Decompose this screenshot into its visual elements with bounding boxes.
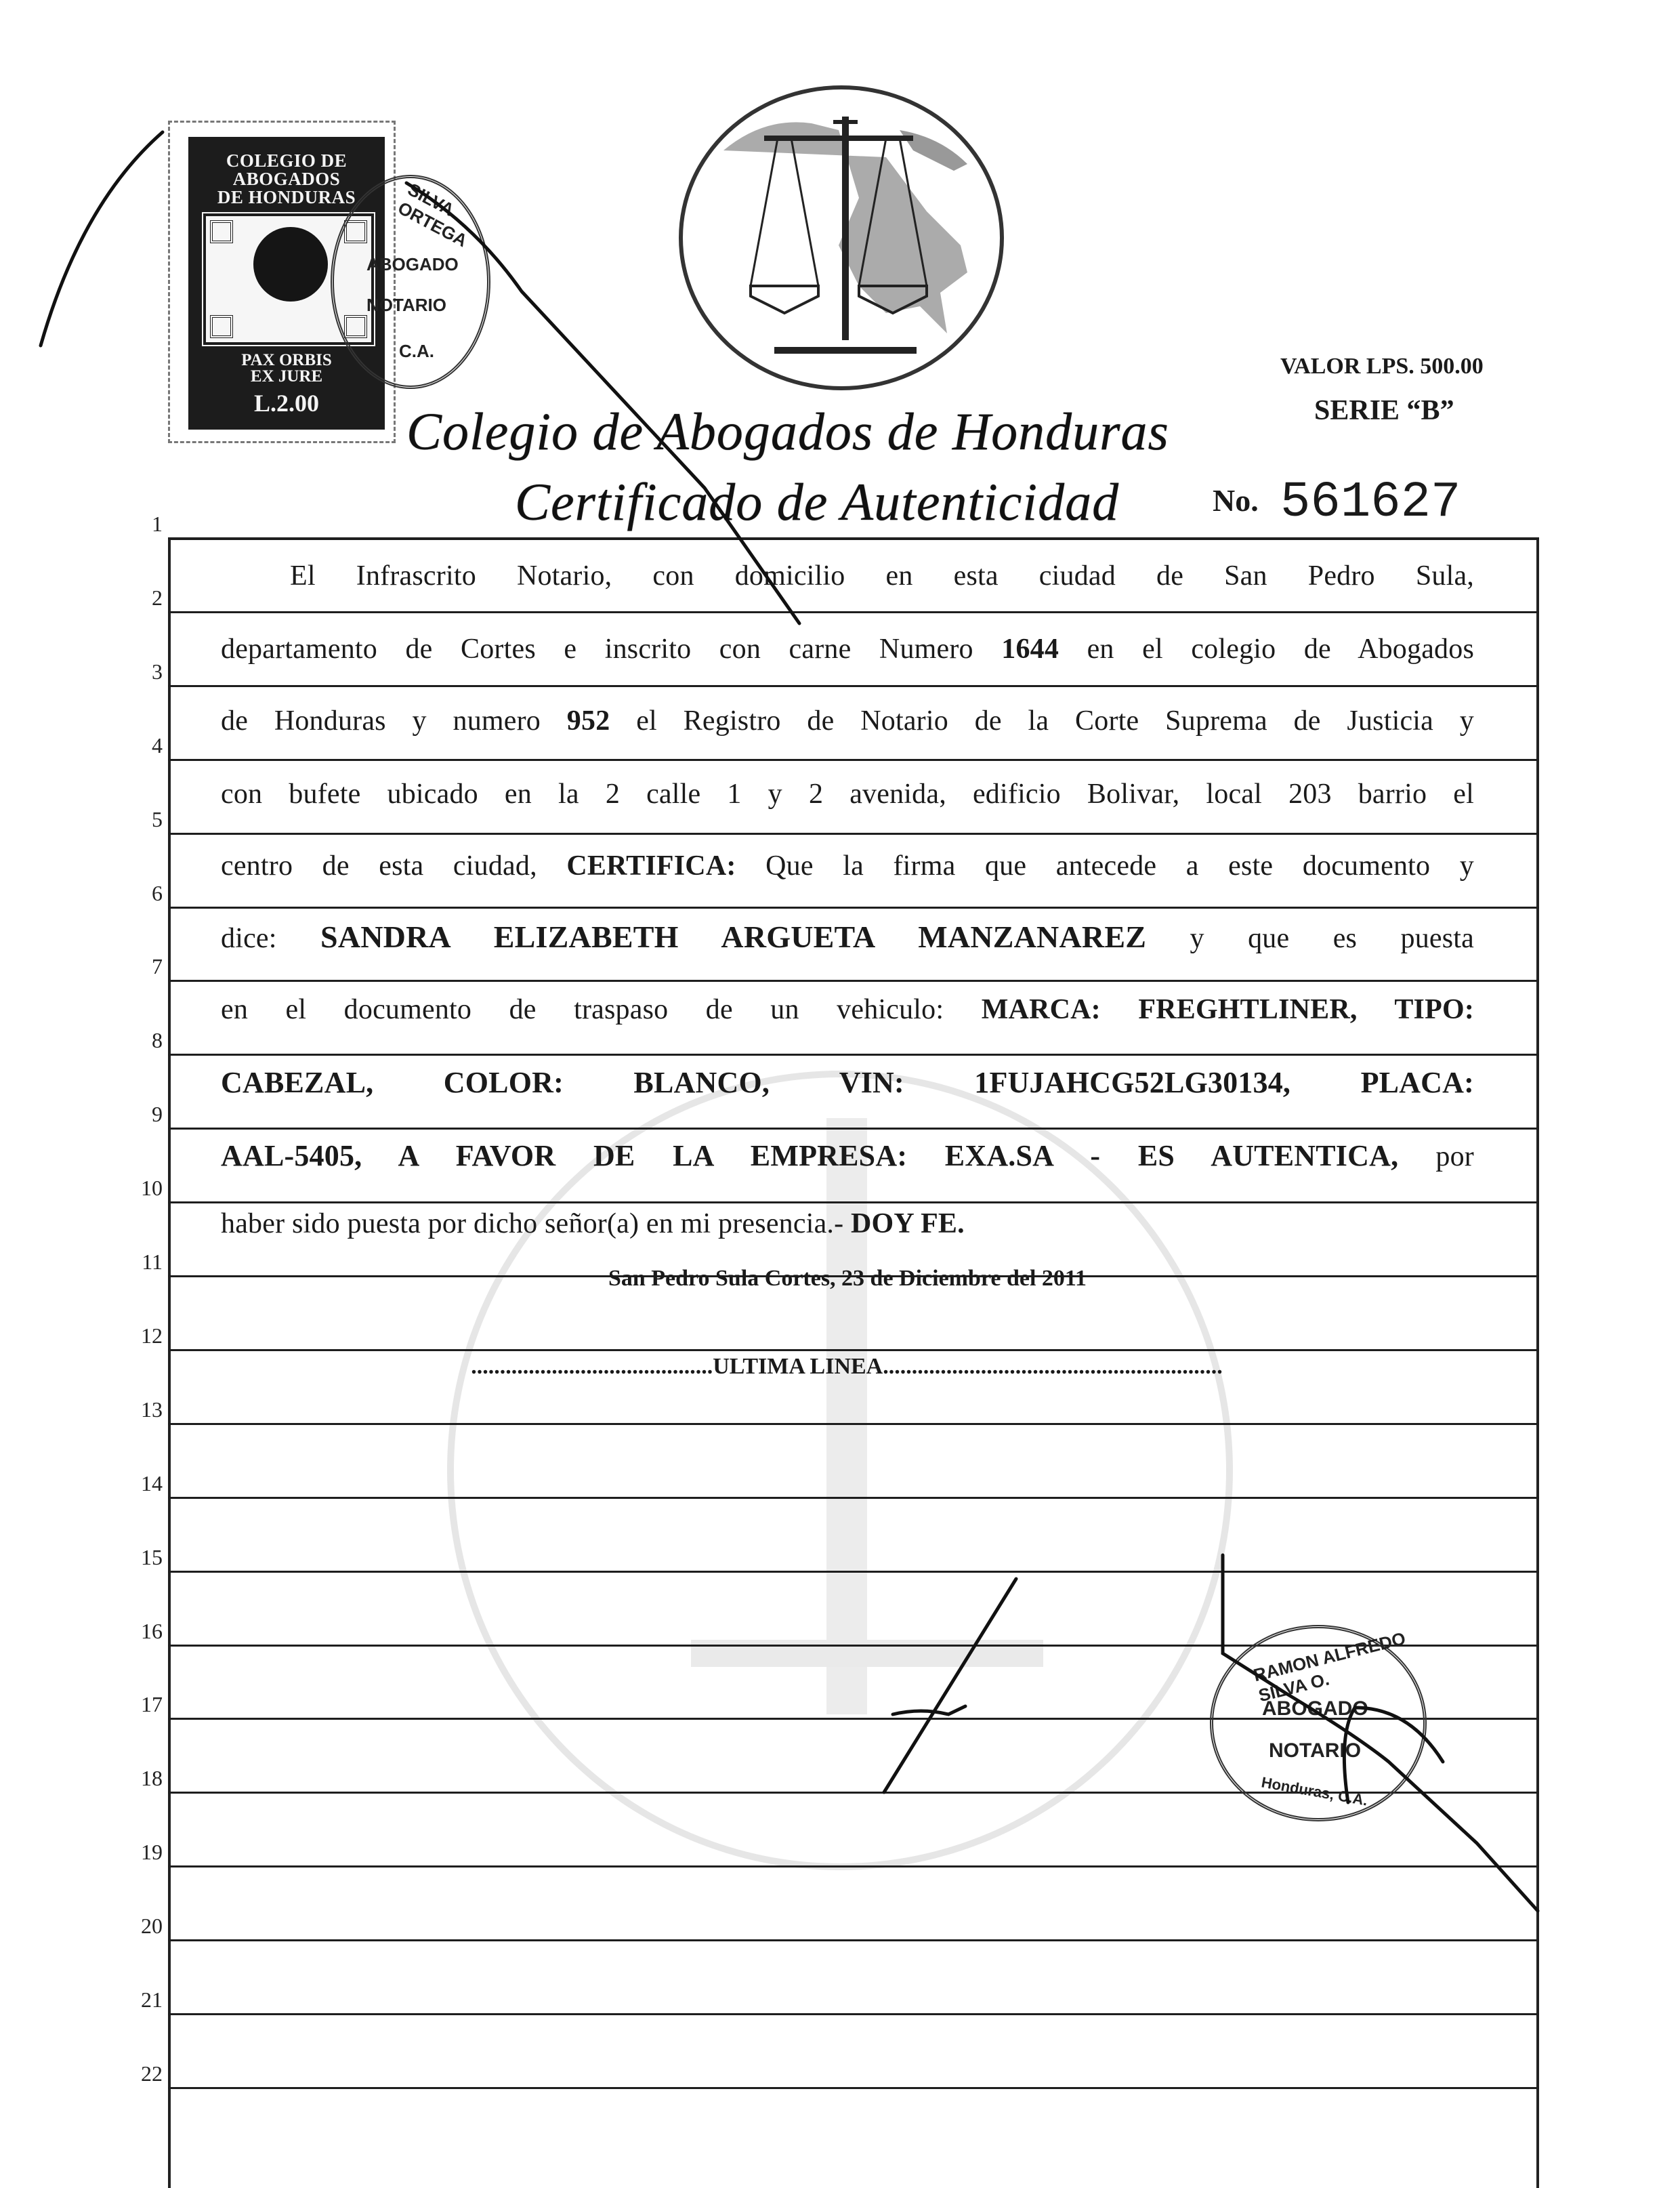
signature-stroke-bottom-3 bbox=[1223, 1555, 1538, 1911]
signature-stroke-top-left bbox=[41, 132, 163, 346]
signature-stroke-bottom-1 bbox=[884, 1579, 1016, 1792]
signature-strokes bbox=[0, 0, 1680, 2188]
signature-stroke-top bbox=[406, 183, 799, 623]
signature-stroke-bottom-2 bbox=[893, 1706, 965, 1714]
signature-loop bbox=[1344, 1708, 1443, 1802]
